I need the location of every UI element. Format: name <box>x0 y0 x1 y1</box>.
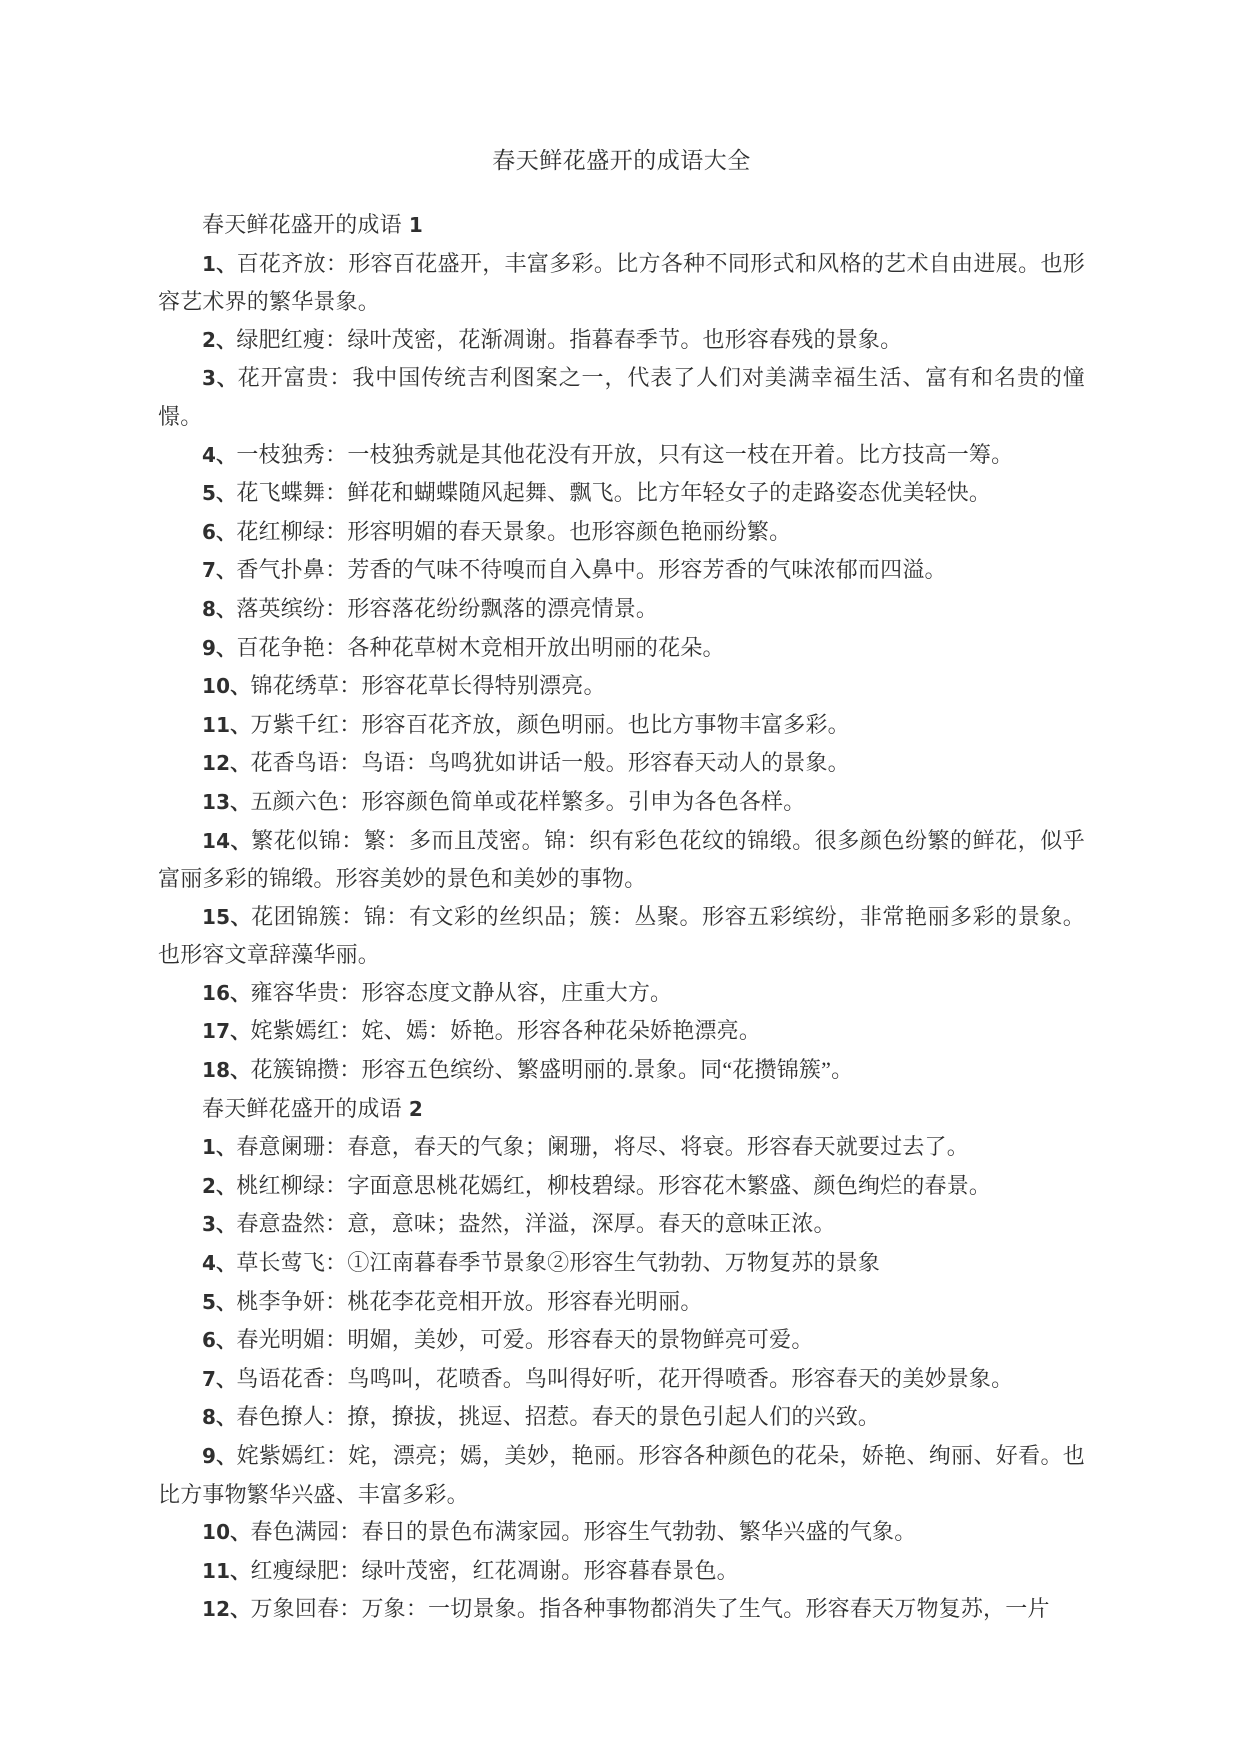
item-number: 18、 <box>202 1058 250 1082</box>
idiom-item: 13、五颜六色：形容颜色简单或花样繁多。引申为各色各样。 <box>158 783 1085 822</box>
item-text: 姹紫嫣红：姹、嫣：娇艳。形容各种花朵娇艳漂亮。 <box>250 1018 761 1043</box>
item-number: 7、 <box>202 1367 236 1391</box>
section-heading-number: 1 <box>409 213 423 237</box>
item-number: 10、 <box>202 1520 250 1544</box>
item-text: 春意阑珊：春意，春天的气象；阑珊，将尽、将衰。形容春天就要过去了。 <box>236 1134 969 1159</box>
item-text: 五颜六色：形容颜色简单或花样繁多。引申为各色各样。 <box>250 789 805 814</box>
section-heading-text: 春天鲜花盛开的成语 <box>202 212 402 237</box>
idiom-item: 17、姹紫嫣红：姹、嫣：娇艳。形容各种花朵娇艳漂亮。 <box>158 1012 1085 1051</box>
idiom-item: 12、花香鸟语：鸟语：鸟鸣犹如讲话一般。形容春天动人的景象。 <box>158 744 1085 783</box>
item-number: 10、 <box>202 674 250 698</box>
item-number: 2、 <box>202 1174 236 1198</box>
item-number: 12、 <box>202 1597 250 1621</box>
item-text: 草长莺飞：①江南暮春季节景象②形容生气勃勃、万物复苏的景象 <box>236 1250 880 1275</box>
idiom-item: 6、花红柳绿：形容明媚的春天景象。也形容颜色艳丽纷繁。 <box>158 513 1085 552</box>
section-2-heading: 春天鲜花盛开的成语2 <box>158 1090 1085 1129</box>
item-number: 3、 <box>202 1212 236 1236</box>
item-number: 11、 <box>202 713 250 737</box>
item-text: 姹紫嫣红：姹，漂亮；嫣，美妙，艳丽。形容各种颜色的花朵，娇艳、绚丽、好看。也比方… <box>158 1443 1085 1507</box>
item-number: 8、 <box>202 597 236 621</box>
idiom-item: 4、一枝独秀：一枝独秀就是其他花没有开放，只有这一枝在开着。比方技高一筹。 <box>158 436 1085 475</box>
item-text: 万紫千红：形容百花齐放，颜色明丽。也比方事物丰富多彩。 <box>250 712 849 737</box>
item-number: 5、 <box>202 1290 236 1314</box>
item-text: 锦花绣草：形容花草长得特别漂亮。 <box>250 673 605 698</box>
idiom-item: 1、春意阑珊：春意，春天的气象；阑珊，将尽、将衰。形容春天就要过去了。 <box>158 1128 1085 1167</box>
idiom-item: 10、锦花绣草：形容花草长得特别漂亮。 <box>158 667 1085 706</box>
item-number: 7、 <box>202 558 236 582</box>
item-text: 花香鸟语：鸟语：鸟鸣犹如讲话一般。形容春天动人的景象。 <box>250 750 849 775</box>
item-text: 桃红柳绿：字面意思桃花嫣红，柳枝碧绿。形容花木繁盛、颜色绚烂的春景。 <box>236 1173 991 1198</box>
item-number: 12、 <box>202 751 250 775</box>
item-text: 花开富贵：我中国传统吉利图案之一，代表了人们对美满幸福生活、富有和名贵的憧憬。 <box>158 365 1085 429</box>
item-number: 9、 <box>202 636 236 660</box>
item-text: 花红柳绿：形容明媚的春天景象。也形容颜色艳丽纷繁。 <box>236 519 791 544</box>
idiom-item: 15、花团锦簇：锦：有文彩的丝织品；簇：丛聚。形容五彩缤纷，非常艳丽多彩的景象。… <box>158 898 1085 974</box>
item-number: 4、 <box>202 443 236 467</box>
item-text: 春光明媚：明媚，美妙，可爱。形容春天的景物鲜亮可爱。 <box>236 1327 813 1352</box>
item-text: 繁花似锦：繁：多而且茂密。锦：织有彩色花纹的锦缎。很多颜色纷繁的鲜花，似乎富丽多… <box>158 828 1085 892</box>
item-number: 6、 <box>202 1328 236 1352</box>
idiom-item: 8、落英缤纷：形容落花纷纷飘落的漂亮情景。 <box>158 590 1085 629</box>
item-text: 桃李争妍：桃花李花竞相开放。形容春光明丽。 <box>236 1289 702 1314</box>
item-text: 花飞蝶舞：鲜花和蝴蝶随风起舞、飘飞。比方年轻女子的走路姿态优美轻快。 <box>236 480 991 505</box>
idiom-item: 2、桃红柳绿：字面意思桃花嫣红，柳枝碧绿。形容花木繁盛、颜色绚烂的春景。 <box>158 1167 1085 1206</box>
item-text: 花簇锦攒：形容五色缤纷、繁盛明丽的.景象。同“花攒锦簇”。 <box>250 1057 853 1082</box>
idiom-item: 7、鸟语花香：鸟鸣叫，花喷香。鸟叫得好听，花开得喷香。形容春天的美妙景象。 <box>158 1360 1085 1399</box>
item-number: 5、 <box>202 481 236 505</box>
item-number: 2、 <box>202 328 236 352</box>
item-text: 花团锦簇：锦：有文彩的丝织品；簇：丛聚。形容五彩缤纷，非常艳丽多彩的景象。也形容… <box>158 904 1085 968</box>
idiom-item: 4、草长莺飞：①江南暮春季节景象②形容生气勃勃、万物复苏的景象 <box>158 1244 1085 1283</box>
idiom-item: 16、雍容华贵：形容态度文静从容，庄重大方。 <box>158 974 1085 1013</box>
item-number: 4、 <box>202 1251 236 1275</box>
idiom-item: 7、香气扑鼻：芳香的气味不待嗅而自入鼻中。形容芳香的气味浓郁而四溢。 <box>158 551 1085 590</box>
item-text: 春色撩人：撩，撩拔，挑逗、招惹。春天的景色引起人们的兴致。 <box>236 1404 880 1429</box>
idiom-item: 11、万紫千红：形容百花齐放，颜色明丽。也比方事物丰富多彩。 <box>158 706 1085 745</box>
item-number: 17、 <box>202 1019 250 1043</box>
item-text: 一枝独秀：一枝独秀就是其他花没有开放，只有这一枝在开着。比方技高一筹。 <box>236 442 1013 467</box>
item-text: 百花争艳：各种花草树木竞相开放出明丽的花朵。 <box>236 635 724 660</box>
item-number: 16、 <box>202 981 250 1005</box>
document-title: 春天鲜花盛开的成语大全 <box>158 142 1085 180</box>
idiom-item: 3、春意盎然：意，意味；盎然，洋溢，深厚。春天的意味正浓。 <box>158 1205 1085 1244</box>
idiom-item: 5、花飞蝶舞：鲜花和蝴蝶随风起舞、飘飞。比方年轻女子的走路姿态优美轻快。 <box>158 474 1085 513</box>
section-2: 春天鲜花盛开的成语2 1、春意阑珊：春意，春天的气象；阑珊，将尽、将衰。形容春天… <box>158 1090 1085 1629</box>
item-text: 香气扑鼻：芳香的气味不待嗅而自入鼻中。形容芳香的气味浓郁而四溢。 <box>236 557 946 582</box>
item-text: 春意盎然：意，意味；盎然，洋溢，深厚。春天的意味正浓。 <box>236 1211 835 1236</box>
idiom-item: 9、百花争艳：各种花草树木竞相开放出明丽的花朵。 <box>158 629 1085 668</box>
idiom-item: 11、红瘦绿肥：绿叶茂密，红花凋谢。形容暮春景色。 <box>158 1552 1085 1591</box>
item-text: 雍容华贵：形容态度文静从容，庄重大方。 <box>250 980 672 1005</box>
section-heading-text: 春天鲜花盛开的成语 <box>202 1096 402 1121</box>
section-1: 春天鲜花盛开的成语1 1、百花齐放：形容百花盛开，丰富多彩。比方各种不同形式和风… <box>158 206 1085 1090</box>
item-number: 6、 <box>202 520 236 544</box>
section-1-heading: 春天鲜花盛开的成语1 <box>158 206 1085 245</box>
item-number: 15、 <box>202 905 251 929</box>
item-text: 万象回春：万象：一切景象。指各种事物都消失了生气。形容春天万物复苏，一片 <box>250 1596 1049 1621</box>
item-text: 落英缤纷：形容落花纷纷飘落的漂亮情景。 <box>236 596 658 621</box>
item-number: 1、 <box>202 1135 236 1159</box>
idiom-item: 9、姹紫嫣红：姹，漂亮；嫣，美妙，艳丽。形容各种颜色的花朵，娇艳、绚丽、好看。也… <box>158 1437 1085 1513</box>
item-text: 百花齐放：形容百花盛开，丰富多彩。比方各种不同形式和风格的艺术自由进展。也形容艺… <box>158 251 1085 315</box>
item-number: 1、 <box>202 252 237 276</box>
idiom-item: 12、万象回春：万象：一切景象。指各种事物都消失了生气。形容春天万物复苏，一片 <box>158 1590 1085 1629</box>
item-text: 春色满园：春日的景色布满家园。形容生气勃勃、繁华兴盛的气象。 <box>250 1519 916 1544</box>
idiom-item: 5、桃李争妍：桃花李花竞相开放。形容春光明丽。 <box>158 1283 1085 1322</box>
item-number: 9、 <box>202 1444 237 1468</box>
item-text: 鸟语花香：鸟鸣叫，花喷香。鸟叫得好听，花开得喷香。形容春天的美妙景象。 <box>236 1366 1013 1391</box>
idiom-item: 3、花开富贵：我中国传统吉利图案之一，代表了人们对美满幸福生活、富有和名贵的憧憬… <box>158 359 1085 435</box>
item-text: 红瘦绿肥：绿叶茂密，红花凋谢。形容暮春景色。 <box>250 1558 738 1583</box>
idiom-item: 18、花簇锦攒：形容五色缤纷、繁盛明丽的.景象。同“花攒锦簇”。 <box>158 1051 1085 1090</box>
item-number: 11、 <box>202 1559 250 1583</box>
item-text: 绿肥红瘦：绿叶茂密，花渐凋谢。指暮春季节。也形容春残的景象。 <box>236 327 902 352</box>
idiom-item: 10、春色满园：春日的景色布满家园。形容生气勃勃、繁华兴盛的气象。 <box>158 1513 1085 1552</box>
idiom-item: 2、绿肥红瘦：绿叶茂密，花渐凋谢。指暮春季节。也形容春残的景象。 <box>158 321 1085 360</box>
document-page: 春天鲜花盛开的成语大全 春天鲜花盛开的成语1 1、百花齐放：形容百花盛开，丰富多… <box>0 0 1240 1753</box>
item-number: 8、 <box>202 1405 236 1429</box>
idiom-item: 14、繁花似锦：繁：多而且茂密。锦：织有彩色花纹的锦缎。很多颜色纷繁的鲜花，似乎… <box>158 822 1085 898</box>
item-number: 14、 <box>202 829 251 853</box>
item-number: 13、 <box>202 790 250 814</box>
section-heading-number: 2 <box>409 1097 423 1121</box>
idiom-item: 8、春色撩人：撩，撩拔，挑逗、招惹。春天的景色引起人们的兴致。 <box>158 1398 1085 1437</box>
item-number: 3、 <box>202 366 238 390</box>
idiom-item: 6、春光明媚：明媚，美妙，可爱。形容春天的景物鲜亮可爱。 <box>158 1321 1085 1360</box>
idiom-item: 1、百花齐放：形容百花盛开，丰富多彩。比方各种不同形式和风格的艺术自由进展。也形… <box>158 245 1085 321</box>
